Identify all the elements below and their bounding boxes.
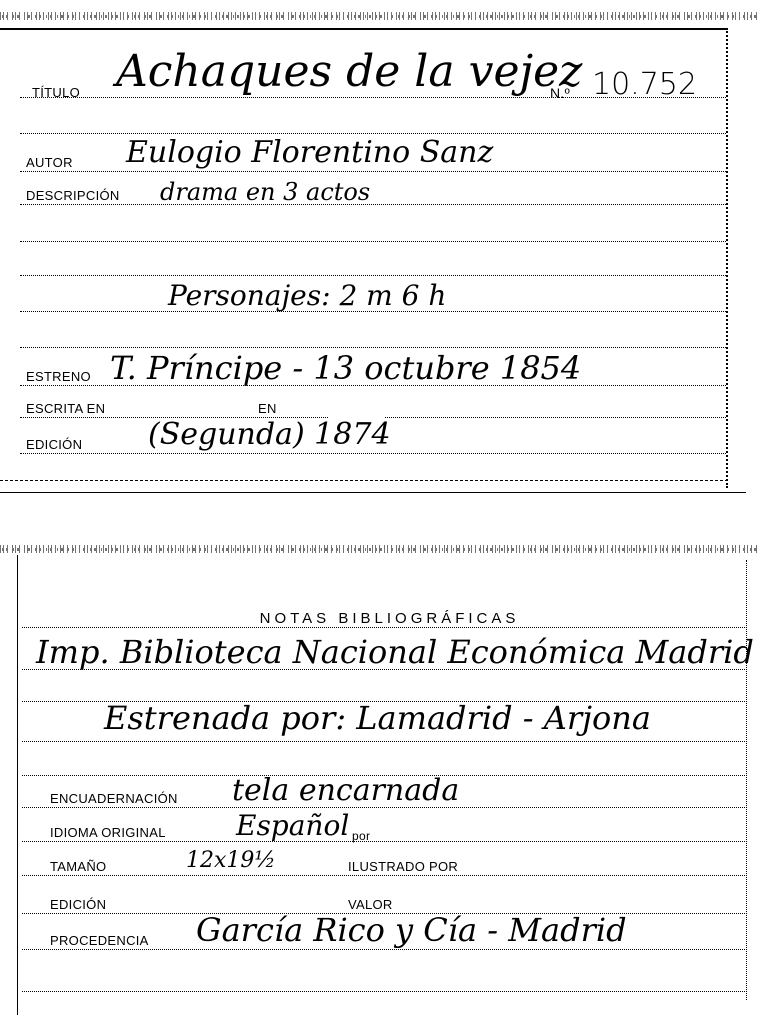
edicion-value: (Segunda) 1874 <box>148 420 391 450</box>
descripcion-label: DESCRIPCIÓN <box>26 189 120 202</box>
tamano-value: 12x19½ <box>186 850 276 872</box>
por-label: por <box>352 830 370 842</box>
ilustrado-por-label: ILUSTRADO POR <box>348 860 458 873</box>
numero-value: 10.752 <box>592 70 697 100</box>
card-separator <box>0 492 746 493</box>
scan-noise-edge <box>0 545 759 553</box>
descripcion-value: drama en 3 actos <box>160 180 370 204</box>
rule-line <box>20 203 726 205</box>
en-label: EN <box>258 402 277 415</box>
escrita-en-label: ESCRITA EN <box>26 402 105 415</box>
rule-line <box>20 452 726 454</box>
estreno-label: ESTRENO <box>26 370 91 383</box>
idioma-original-label: IDIOMA ORIGINAL <box>50 826 166 839</box>
procedencia-label: PROCEDENCIA <box>50 934 149 947</box>
titulo-label: TÍTULO <box>32 86 80 99</box>
rule-line <box>20 274 726 276</box>
note-line-1: Imp. Biblioteca Nacional Económica Madri… <box>36 636 754 668</box>
rule-line <box>22 990 747 992</box>
numero-label: N.º <box>550 86 570 100</box>
edicion-label: EDICIÓN <box>26 438 82 451</box>
rule-line <box>22 740 747 742</box>
rule-line <box>22 840 747 842</box>
autor-label: AUTOR <box>26 156 73 169</box>
titulo-value: Achaques de la vejez <box>116 50 582 94</box>
tamano-label: TAMAÑO <box>50 860 106 873</box>
notas-heading: NOTAS BIBLIOGRÁFICAS <box>0 610 759 627</box>
rule-line <box>20 346 726 348</box>
rule-line <box>20 132 726 134</box>
card-border-dashed <box>0 480 728 481</box>
procedencia-value: García Rico y Cía - Madrid <box>196 914 627 946</box>
encuadernacion-value: tela encarnada <box>232 776 459 806</box>
edicion-label: EDICIÓN <box>50 898 106 911</box>
rule-line <box>22 626 747 628</box>
note-line-2: Estrenada por: Lamadrid - Arjona <box>104 702 651 734</box>
valor-label: VALOR <box>348 898 393 911</box>
card-border-right <box>726 28 728 488</box>
idioma-original-value: Español <box>236 812 349 840</box>
rule-line <box>20 170 726 172</box>
scan-noise-edge <box>0 12 759 20</box>
autor-value: Eulogio Florentino Sanz <box>126 138 493 168</box>
encuadernacion-label: ENCUADERNACIÓN <box>50 792 178 805</box>
estreno-value: T. Príncipe - 13 octubre 1854 <box>110 352 581 384</box>
rule-line <box>22 874 747 876</box>
rule-line <box>20 240 726 242</box>
card-border-top <box>0 28 726 30</box>
personajes-value: Personajes: 2 m 6 h <box>168 282 446 310</box>
